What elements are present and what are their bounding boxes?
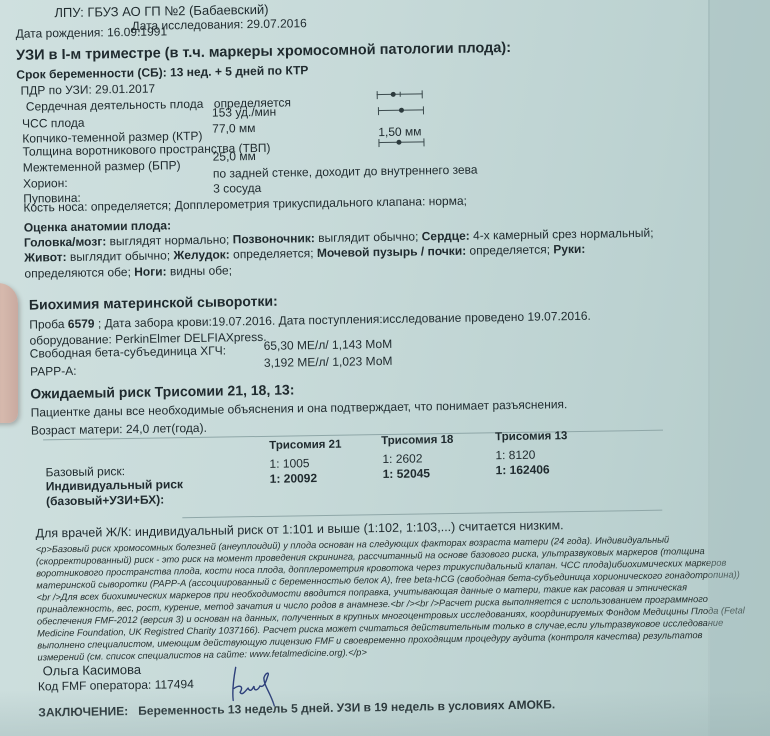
measurement-label: ЧСС плода	[22, 116, 85, 131]
base-risk-t21: 1: 1005	[269, 456, 309, 471]
measurement-label: Межтеменной размер (БПР)	[23, 158, 181, 174]
ultrasound-title: УЗИ в I-м триместре (в т.ч. маркеры хром…	[16, 41, 511, 63]
individual-risk-label: Индивидуальный риск	[46, 477, 183, 493]
nt-range-marker	[378, 138, 424, 147]
risk-column-header: Трисомия 13	[495, 429, 567, 444]
sample-prefix: Проба	[29, 317, 68, 332]
measurement-value: 3 сосуда	[213, 181, 261, 196]
base-risk-label: Базовый риск:	[45, 464, 125, 479]
measurement-value: 153 уд./мин	[212, 105, 276, 120]
finger-holding-paper	[0, 283, 18, 423]
anatomy-label: Головка/мозг:	[24, 234, 106, 249]
anatomy-text: 4-х камерный срез нормальный;	[470, 226, 654, 243]
anatomy-label: Ноги:	[134, 264, 167, 279]
sample-info: Проба 6579 ; Дата забора крови:19.07.201…	[29, 309, 591, 332]
crl-range-marker	[378, 106, 424, 115]
anatomy-text: видны обе;	[166, 263, 232, 278]
anatomy-label: Руки:	[553, 242, 585, 257]
edd: ПДР по УЗИ: 29.01.2017	[20, 82, 155, 98]
base-risk-t13: 1: 8120	[495, 448, 535, 463]
measurement-value: 25,0 мм	[213, 149, 256, 164]
anatomy-label: Мочевой пузырь / почки:	[317, 244, 466, 260]
biochem-value: 65,30 МЕ/л/ 1,143 МоМ	[264, 337, 393, 353]
anatomy-text: выглядит обычно;	[315, 229, 422, 245]
operator-name: Ольга Касимова	[43, 663, 142, 679]
anatomy-text: определяются обе;	[24, 265, 134, 281]
anatomy-title: Оценка анатомии плода:	[24, 218, 171, 234]
individual-risk-label-2: (базовый+УЗИ+БХ):	[46, 492, 164, 508]
document-page: ЛПУ: ГБУЗ АО ГП №2 (Бабаевский) Дата рож…	[0, 0, 770, 736]
nt-value: 1,50 мм	[378, 124, 421, 139]
measurement-label: Хорион:	[23, 176, 68, 191]
measurement-label: Сердечная деятельность плода	[26, 97, 204, 114]
sample-id: 6579	[68, 317, 95, 331]
base-risk-t18: 1: 2602	[382, 451, 422, 466]
anatomy-text: выглядит обычно;	[66, 248, 173, 264]
biochem-value: 3,192 МЕ/л/ 1,023 МоМ	[264, 354, 393, 370]
anatomy-label: Желудок:	[173, 247, 230, 262]
anatomy-label: Позвоночник:	[233, 231, 315, 246]
consent-text: Пациентке даны все необходимые объяснени…	[31, 397, 568, 419]
risk-title: Ожидаемый риск Трисомии 21, 18, 13:	[30, 382, 294, 400]
divider	[182, 510, 662, 519]
measurement-value: 77,0 мм	[212, 121, 255, 136]
individual-risk-t21: 1: 20092	[270, 471, 318, 486]
anatomy-text: определяется;	[230, 246, 317, 261]
biochem-label: PAPP-A:	[30, 364, 77, 379]
maternal-age: Возраст матери: 24,0 лет(года).	[31, 421, 207, 438]
gestational-age: Срок беременности (СБ): 13 нед. + 5 дней…	[16, 63, 308, 82]
anatomy-label: Сердце:	[422, 229, 470, 244]
exam-date: Дата исследования: 29.07.2016	[131, 16, 306, 33]
anatomy-text: выглядят нормально;	[106, 232, 233, 248]
paper-shadow	[710, 0, 770, 736]
biochem-label: Свободная бета-субъединица ХГЧ:	[30, 343, 227, 360]
individual-risk-t18: 1: 52045	[383, 466, 431, 481]
measurement-value: по задней стенке, доходит до внутреннего…	[213, 163, 478, 181]
sample-dates: ; Дата забора крови:19.07.2016. Дата пос…	[94, 309, 591, 331]
biochem-title: Биохимия материнской сыворотки:	[29, 294, 278, 312]
risk-column-header: Трисомия 21	[269, 438, 341, 453]
anatomy-line-3: определяются обе; Ноги: видны обе;	[24, 263, 232, 280]
paper-shadow	[0, 690, 770, 736]
anatomy-label: Живот:	[24, 250, 67, 265]
anatomy-text: определяется;	[466, 242, 553, 257]
heart-rate-range-marker	[377, 90, 423, 99]
nasal-bone-doppler: Кость носа: определяется; Допплерометрия…	[23, 194, 467, 215]
individual-risk-t13: 1: 162406	[496, 462, 550, 477]
risk-column-header: Трисомия 18	[381, 433, 453, 448]
